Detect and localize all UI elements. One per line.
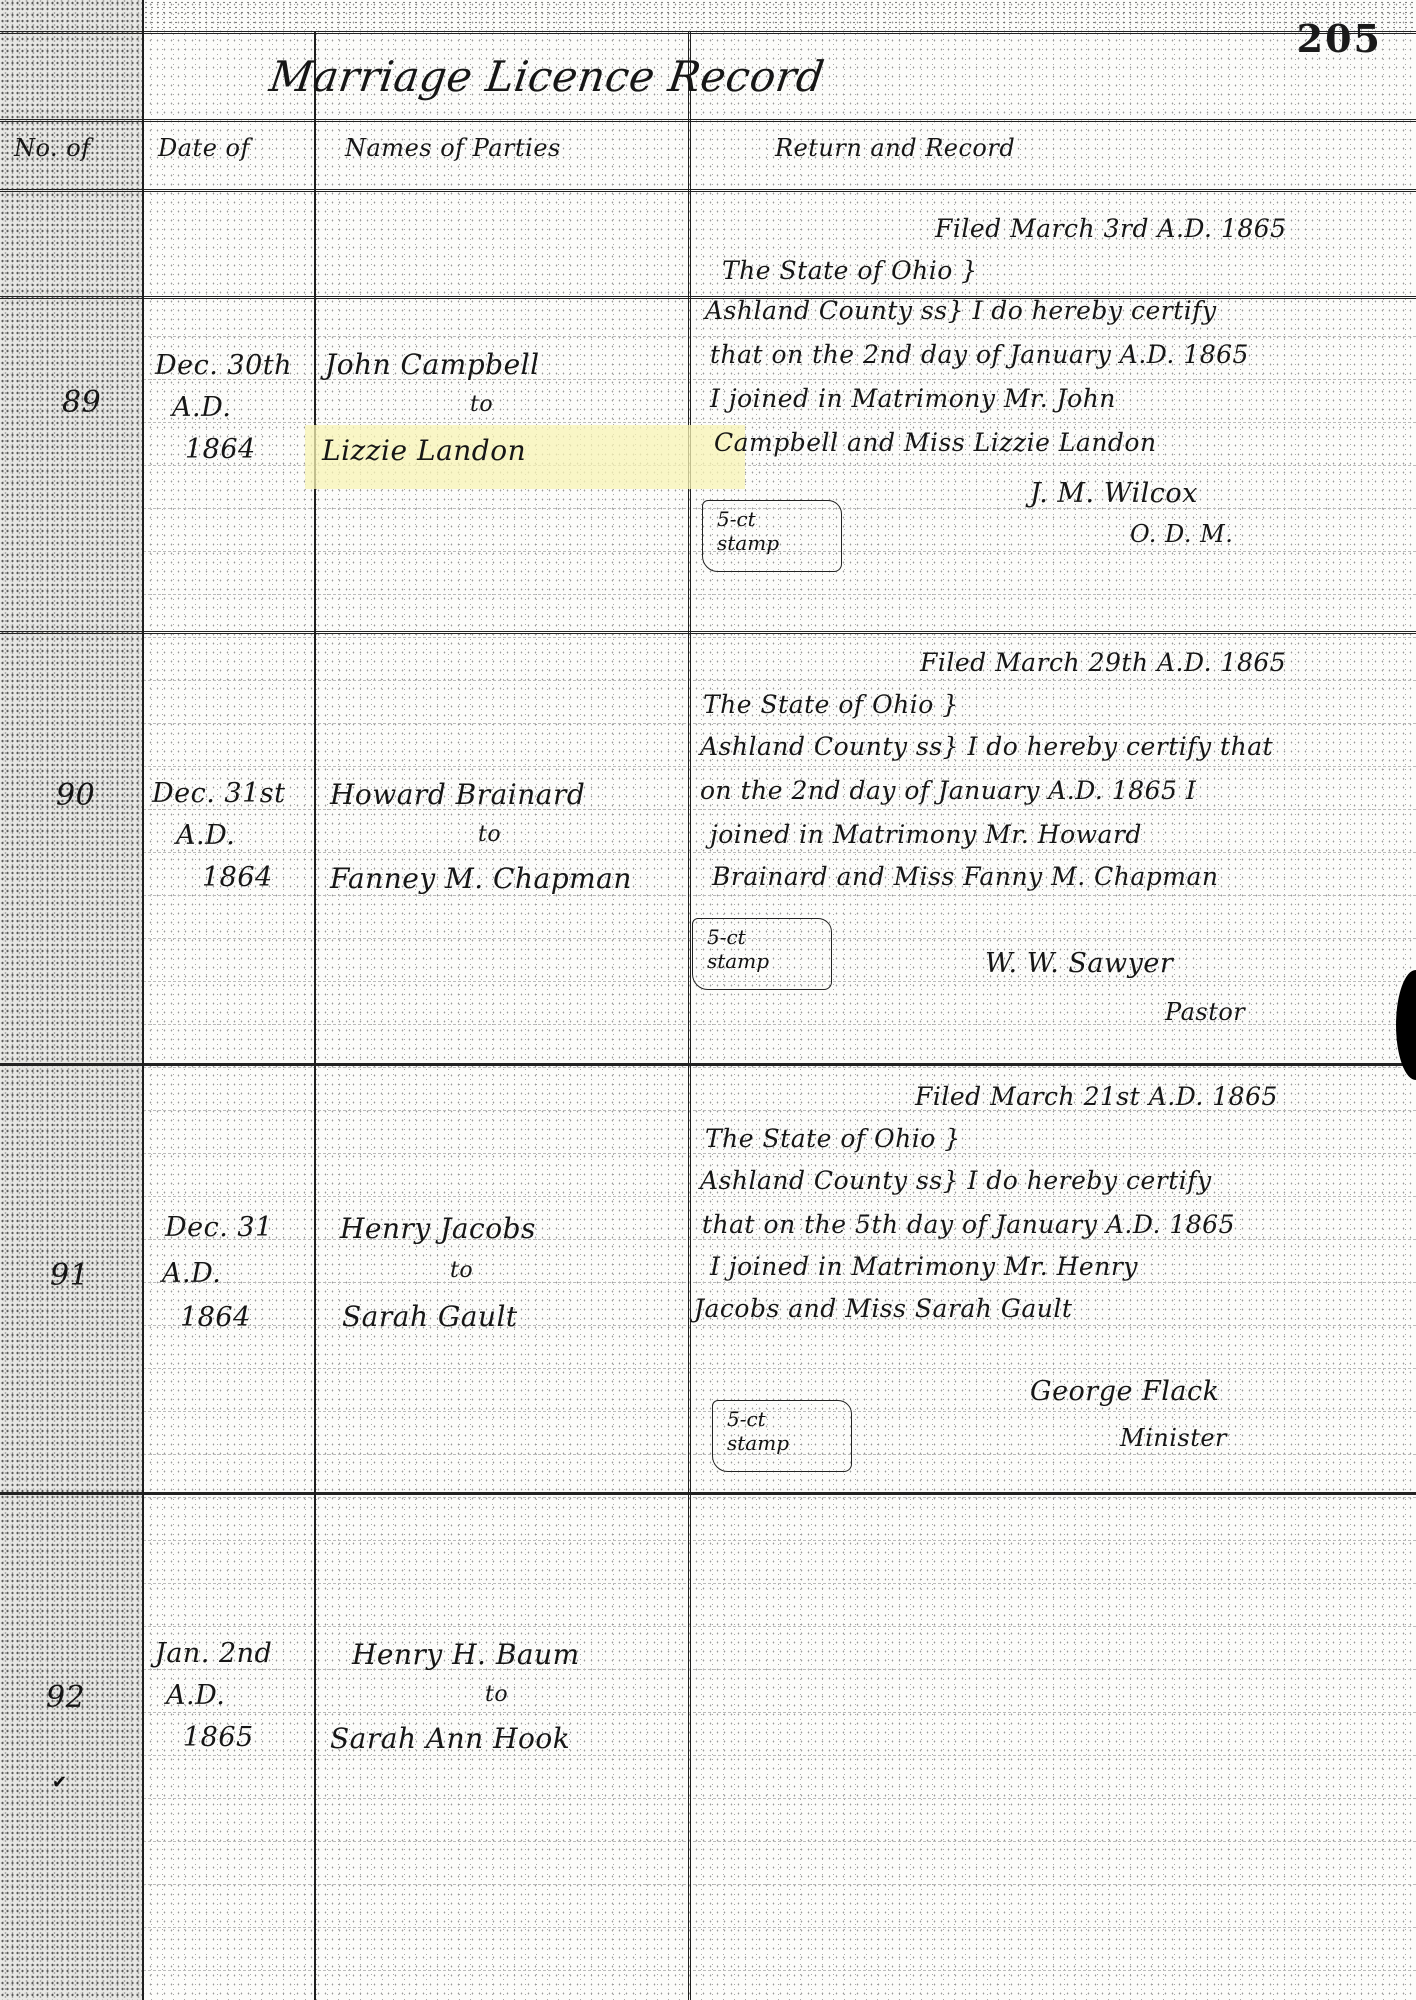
ruled-line xyxy=(143,1368,1416,1369)
record-date-year: 1864 xyxy=(185,434,256,465)
bride-name: Lizzie Landon xyxy=(322,434,526,467)
stamp-value: 5-ct xyxy=(717,507,841,531)
filed-date: Filed March 3rd A.D. 1865 xyxy=(935,214,1287,243)
ruled-line xyxy=(143,1927,1416,1928)
record-date-year: 1864 xyxy=(180,1302,251,1333)
ruled-line xyxy=(143,1196,1416,1197)
record-date-day: Dec. 31 xyxy=(165,1212,273,1243)
header-return: Return and Record xyxy=(775,134,1015,162)
ruled-line xyxy=(143,1325,1416,1326)
column-line-names xyxy=(688,32,691,2000)
ruled-line xyxy=(143,1798,1416,1799)
certificate-line: I joined in Matrimony Mr. John xyxy=(710,384,1116,413)
filed-date: Filed March 21st A.D. 1865 xyxy=(915,1082,1278,1111)
certificate-line: Ashland County ss} I do hereby certify xyxy=(705,296,1217,325)
certificate-line: I joined in Matrimony Mr. Henry xyxy=(710,1252,1138,1281)
record-date-era: A.D. xyxy=(172,392,231,423)
stamp-value: 5-ct xyxy=(707,925,831,949)
record-number: 90 xyxy=(56,778,95,813)
ruled-line xyxy=(143,1841,1416,1842)
record-date-year: 1865 xyxy=(183,1722,254,1753)
ruled-line xyxy=(143,895,1416,896)
groom-name: Howard Brainard xyxy=(330,778,585,811)
certificate-line: that on the 5th day of January A.D. 1865 xyxy=(702,1210,1235,1239)
certificate-line: The State of Ohio } xyxy=(705,1124,961,1153)
ruled-line xyxy=(143,336,1416,337)
ruled-line xyxy=(143,1669,1416,1670)
rule-title-bottom xyxy=(0,119,1416,122)
ruled-line xyxy=(143,594,1416,595)
ruled-line xyxy=(143,1153,1416,1154)
ruled-line xyxy=(143,852,1416,853)
connector-to: to xyxy=(450,1258,473,1283)
stamp-label: stamp xyxy=(707,949,831,973)
officiant-title: O. D. M. xyxy=(1130,520,1233,548)
certificate-line: on the 2nd day of January A.D. 1865 I xyxy=(700,776,1196,805)
connector-to: to xyxy=(485,1682,508,1707)
ruled-line xyxy=(143,680,1416,681)
record-date-day: Dec. 31st xyxy=(152,778,285,809)
column-line-date xyxy=(314,32,316,2000)
record-date-era: A.D. xyxy=(176,820,235,851)
ledger-page: 205 Marriage Licence Record No. of Date … xyxy=(0,0,1416,2000)
filed-date: Filed March 29th A.D. 1865 xyxy=(920,648,1286,677)
ruled-line xyxy=(143,1712,1416,1713)
record-date-era: A.D. xyxy=(162,1258,221,1289)
ruled-line xyxy=(143,766,1416,767)
ruled-line xyxy=(143,1067,1416,1068)
ruled-line xyxy=(143,422,1416,423)
groom-name: Henry Jacobs xyxy=(340,1212,536,1245)
officiant-signature: W. W. Sawyer xyxy=(985,948,1173,979)
bride-name: Sarah Ann Hook xyxy=(330,1722,570,1755)
record-number: 92 xyxy=(46,1680,85,1715)
ruled-line xyxy=(143,1626,1416,1627)
bride-name: Fanney M. Chapman xyxy=(330,862,632,895)
ruled-line xyxy=(143,723,1416,724)
groom-name: Henry H. Baum xyxy=(352,1638,580,1671)
certificate-line: that on the 2nd day of January A.D. 1865 xyxy=(710,340,1249,369)
stamp-label: stamp xyxy=(727,1431,851,1455)
certificate-line: The State of Ohio } xyxy=(703,690,959,719)
record-date-day: Jan. 2nd xyxy=(155,1638,272,1669)
revenue-stamp: 5-ct stamp xyxy=(712,1400,852,1472)
record-date-day: Dec. 30th xyxy=(155,350,292,381)
rule-record-91-top xyxy=(0,1063,1416,1066)
revenue-stamp: 5-ct stamp xyxy=(702,500,842,572)
ruled-line xyxy=(143,1884,1416,1885)
page-title: Marriage Licence Record xyxy=(267,52,828,101)
officiant-title: Pastor xyxy=(1165,998,1245,1026)
stamp-value: 5-ct xyxy=(727,1407,851,1431)
column-line-number xyxy=(142,0,144,2000)
scan-top-shading xyxy=(143,0,1416,32)
certificate-line: joined in Matrimony Mr. Howard xyxy=(710,820,1142,849)
record-date-year: 1864 xyxy=(202,862,273,893)
bride-name: Sarah Gault xyxy=(342,1300,518,1333)
certificate-line: Campbell and Miss Lizzie Landon xyxy=(714,428,1157,457)
certificate-line: The State of Ohio } xyxy=(722,256,978,285)
rule-record-92-top xyxy=(0,1492,1416,1495)
header-number: No. of xyxy=(14,134,91,162)
groom-name: John Campbell xyxy=(325,348,540,381)
ruled-line xyxy=(143,1497,1416,1498)
certificate-line: Ashland County ss} I do hereby certify xyxy=(700,1166,1212,1195)
record-date-era: A.D. xyxy=(166,1680,225,1711)
ruled-line xyxy=(143,1583,1416,1584)
rule-top xyxy=(0,31,1416,34)
ruled-line xyxy=(143,1970,1416,1971)
page-number: 205 xyxy=(1297,16,1382,61)
rule-header-bottom xyxy=(0,189,1416,192)
record-number: 91 xyxy=(50,1258,89,1293)
officiant-title: Minister xyxy=(1120,1424,1227,1452)
stamp-label: stamp xyxy=(717,531,841,555)
header-date: Date of xyxy=(158,134,250,162)
ruled-line xyxy=(143,1755,1416,1756)
certificate-line: Brainard and Miss Fanny M. Chapman xyxy=(712,862,1218,891)
officiant-signature: J. M. Wilcox xyxy=(1030,478,1198,509)
ruled-line xyxy=(143,637,1416,638)
ruled-line xyxy=(143,1540,1416,1541)
header-names: Names of Parties xyxy=(345,134,561,162)
margin-check-mark: ✔ xyxy=(52,1772,67,1793)
certificate-line: Ashland County ss} I do hereby certify t… xyxy=(700,732,1273,761)
ruled-line xyxy=(143,1239,1416,1240)
connector-to: to xyxy=(470,392,493,417)
certificate-line: Jacobs and Miss Sarah Gault xyxy=(694,1294,1072,1323)
ruled-line xyxy=(143,1282,1416,1283)
record-number: 89 xyxy=(62,385,101,420)
rule-record-90-top xyxy=(0,631,1416,634)
officiant-signature: George Flack xyxy=(1030,1376,1220,1407)
revenue-stamp: 5-ct stamp xyxy=(692,918,832,990)
connector-to: to xyxy=(478,822,501,847)
